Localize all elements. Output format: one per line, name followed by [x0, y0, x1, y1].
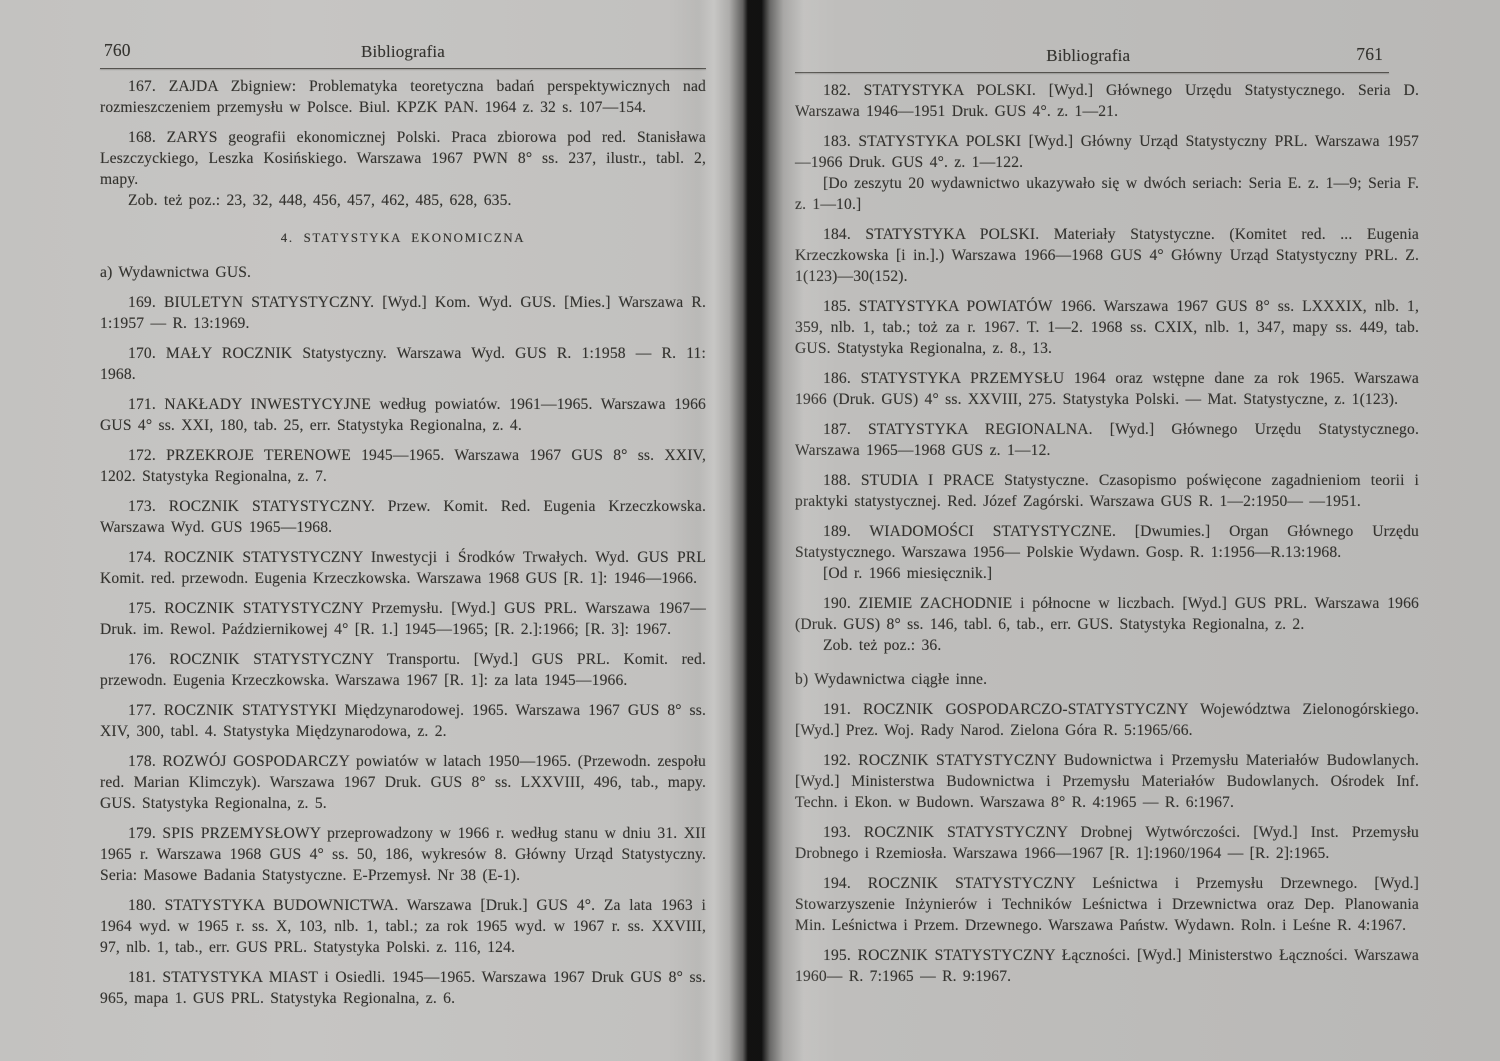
bib-entry-184: 184. STATYSTYKA POLSKI. Materiały Statys…	[795, 224, 1419, 287]
bib-entry-178: 178. ROZWÓJ GOSPODARCZY powiatów w latac…	[100, 751, 706, 814]
bib-entry-194: 194. ROCZNIK STATYSTYCZNY Leśnictwa i Pr…	[795, 873, 1419, 936]
bib-entry-189: 189. WIADOMOŚCI STATYSTYCZNE. [Dwumies.]…	[795, 521, 1419, 563]
left-running-title: Bibliografia	[361, 41, 445, 62]
bib-entry-167: 167. ZAJDA Zbigniew: Problematyka teoret…	[100, 76, 706, 118]
left-header-rule	[100, 68, 706, 69]
right-header-rule	[795, 72, 1389, 73]
section-heading-statystyka-ekonomiczna: 4. STATYSTYKA EKONOMICZNA	[100, 228, 706, 249]
left-page-header: 760 Bibliografia	[100, 40, 706, 67]
subsection-b-label: b) Wydawnictwa ciągłe inne.	[795, 669, 1419, 690]
right-running-title: Bibliografia	[1046, 45, 1130, 66]
bib-entry-192: 192. ROCZNIK STATYSTYCZNY Budownictwa i …	[795, 750, 1419, 813]
bib-entry-193: 193. ROCZNIK STATYSTYCZNY Drobnej Wytwór…	[795, 822, 1419, 864]
bib-entry-188: 188. STUDIA I PRACE Statystyczne. Czasop…	[795, 470, 1419, 512]
bib-entry-191: 191. ROCZNIK GOSPODARCZO-STATYSTYCZNY Wo…	[795, 699, 1419, 741]
bib-entry-172: 172. PRZEKROJE TERENOWE 1945—1965. Warsz…	[100, 445, 706, 487]
bib-entry-168: 168. ZARYS geografii ekonomicznej Polski…	[100, 127, 706, 190]
right-page: Bibliografia 761 182. STATYSTYKA POLSKI.…	[795, 44, 1419, 987]
bib-entry-190-note: Zob. też poz.: 36.	[795, 635, 1419, 656]
bib-entry-185: 185. STATYSTYKA POWIATÓW 1966. Warszawa …	[795, 296, 1419, 359]
bib-entry-170: 170. MAŁY ROCZNIK Statystyczny. Warszawa…	[100, 343, 706, 385]
subsection-a-label: a) Wydawnictwa GUS.	[100, 262, 706, 283]
bib-entry-173: 173. ROCZNIK STATYSTYCZNY. Przew. Komit.…	[100, 496, 706, 538]
bib-entry-182: 182. STATYSTYKA POLSKI. [Wyd.] Głównego …	[795, 80, 1419, 122]
right-page-header: Bibliografia 761	[795, 44, 1419, 71]
bib-entry-176: 176. ROCZNIK STATYSTYCZNY Transportu. [W…	[100, 649, 706, 691]
bib-entry-171: 171. NAKŁADY INWESTYCYJNE według powiató…	[100, 394, 706, 436]
bib-entry-174: 174. ROCZNIK STATYSTYCZNY Inwestycji i Ś…	[100, 547, 706, 589]
bib-entry-180: 180. STATYSTYKA BUDOWNICTWA. Warszawa [D…	[100, 895, 706, 958]
bib-entry-183: 183. STATYSTYKA POLSKI [Wyd.] Główny Urz…	[795, 131, 1419, 173]
right-page-number: 761	[1356, 44, 1383, 65]
bib-entry-168-note: Zob. też poz.: 23, 32, 448, 456, 457, 46…	[100, 190, 706, 211]
bib-entry-189-note: [Od r. 1966 miesięcznik.]	[795, 563, 1419, 584]
bib-entry-179: 179. SPIS PRZEMYSŁOWY przeprowadzony w 1…	[100, 823, 706, 886]
bib-entry-169: 169. BIULETYN STATYSTYCZNY. [Wyd.] Kom. …	[100, 292, 706, 334]
bib-entry-187: 187. STATYSTYKA REGIONALNA. [Wyd.] Główn…	[795, 419, 1419, 461]
bib-entry-175: 175. ROCZNIK STATYSTYCZNY Przemysłu. [Wy…	[100, 598, 706, 640]
bib-entry-181: 181. STATYSTYKA MIAST i Osiedli. 1945—19…	[100, 967, 706, 1009]
bib-entry-195: 195. ROCZNIK STATYSTYCZNY Łączności. [Wy…	[795, 945, 1419, 987]
bib-entry-177: 177. ROCZNIK STATYSTYKI Międzynarodowej.…	[100, 700, 706, 742]
bib-entry-190: 190. ZIEMIE ZACHODNIE i północne w liczb…	[795, 593, 1419, 635]
left-page-number: 760	[104, 40, 131, 61]
book-spread: 760 Bibliografia 167. ZAJDA Zbigniew: Pr…	[0, 0, 1500, 1061]
left-page: 760 Bibliografia 167. ZAJDA Zbigniew: Pr…	[100, 40, 706, 1009]
bib-entry-186: 186. STATYSTYKA PRZEMYSŁU 1964 oraz wstę…	[795, 368, 1419, 410]
bib-entry-183-note: [Do zeszytu 20 wydawnictwo ukazywało się…	[795, 173, 1419, 215]
